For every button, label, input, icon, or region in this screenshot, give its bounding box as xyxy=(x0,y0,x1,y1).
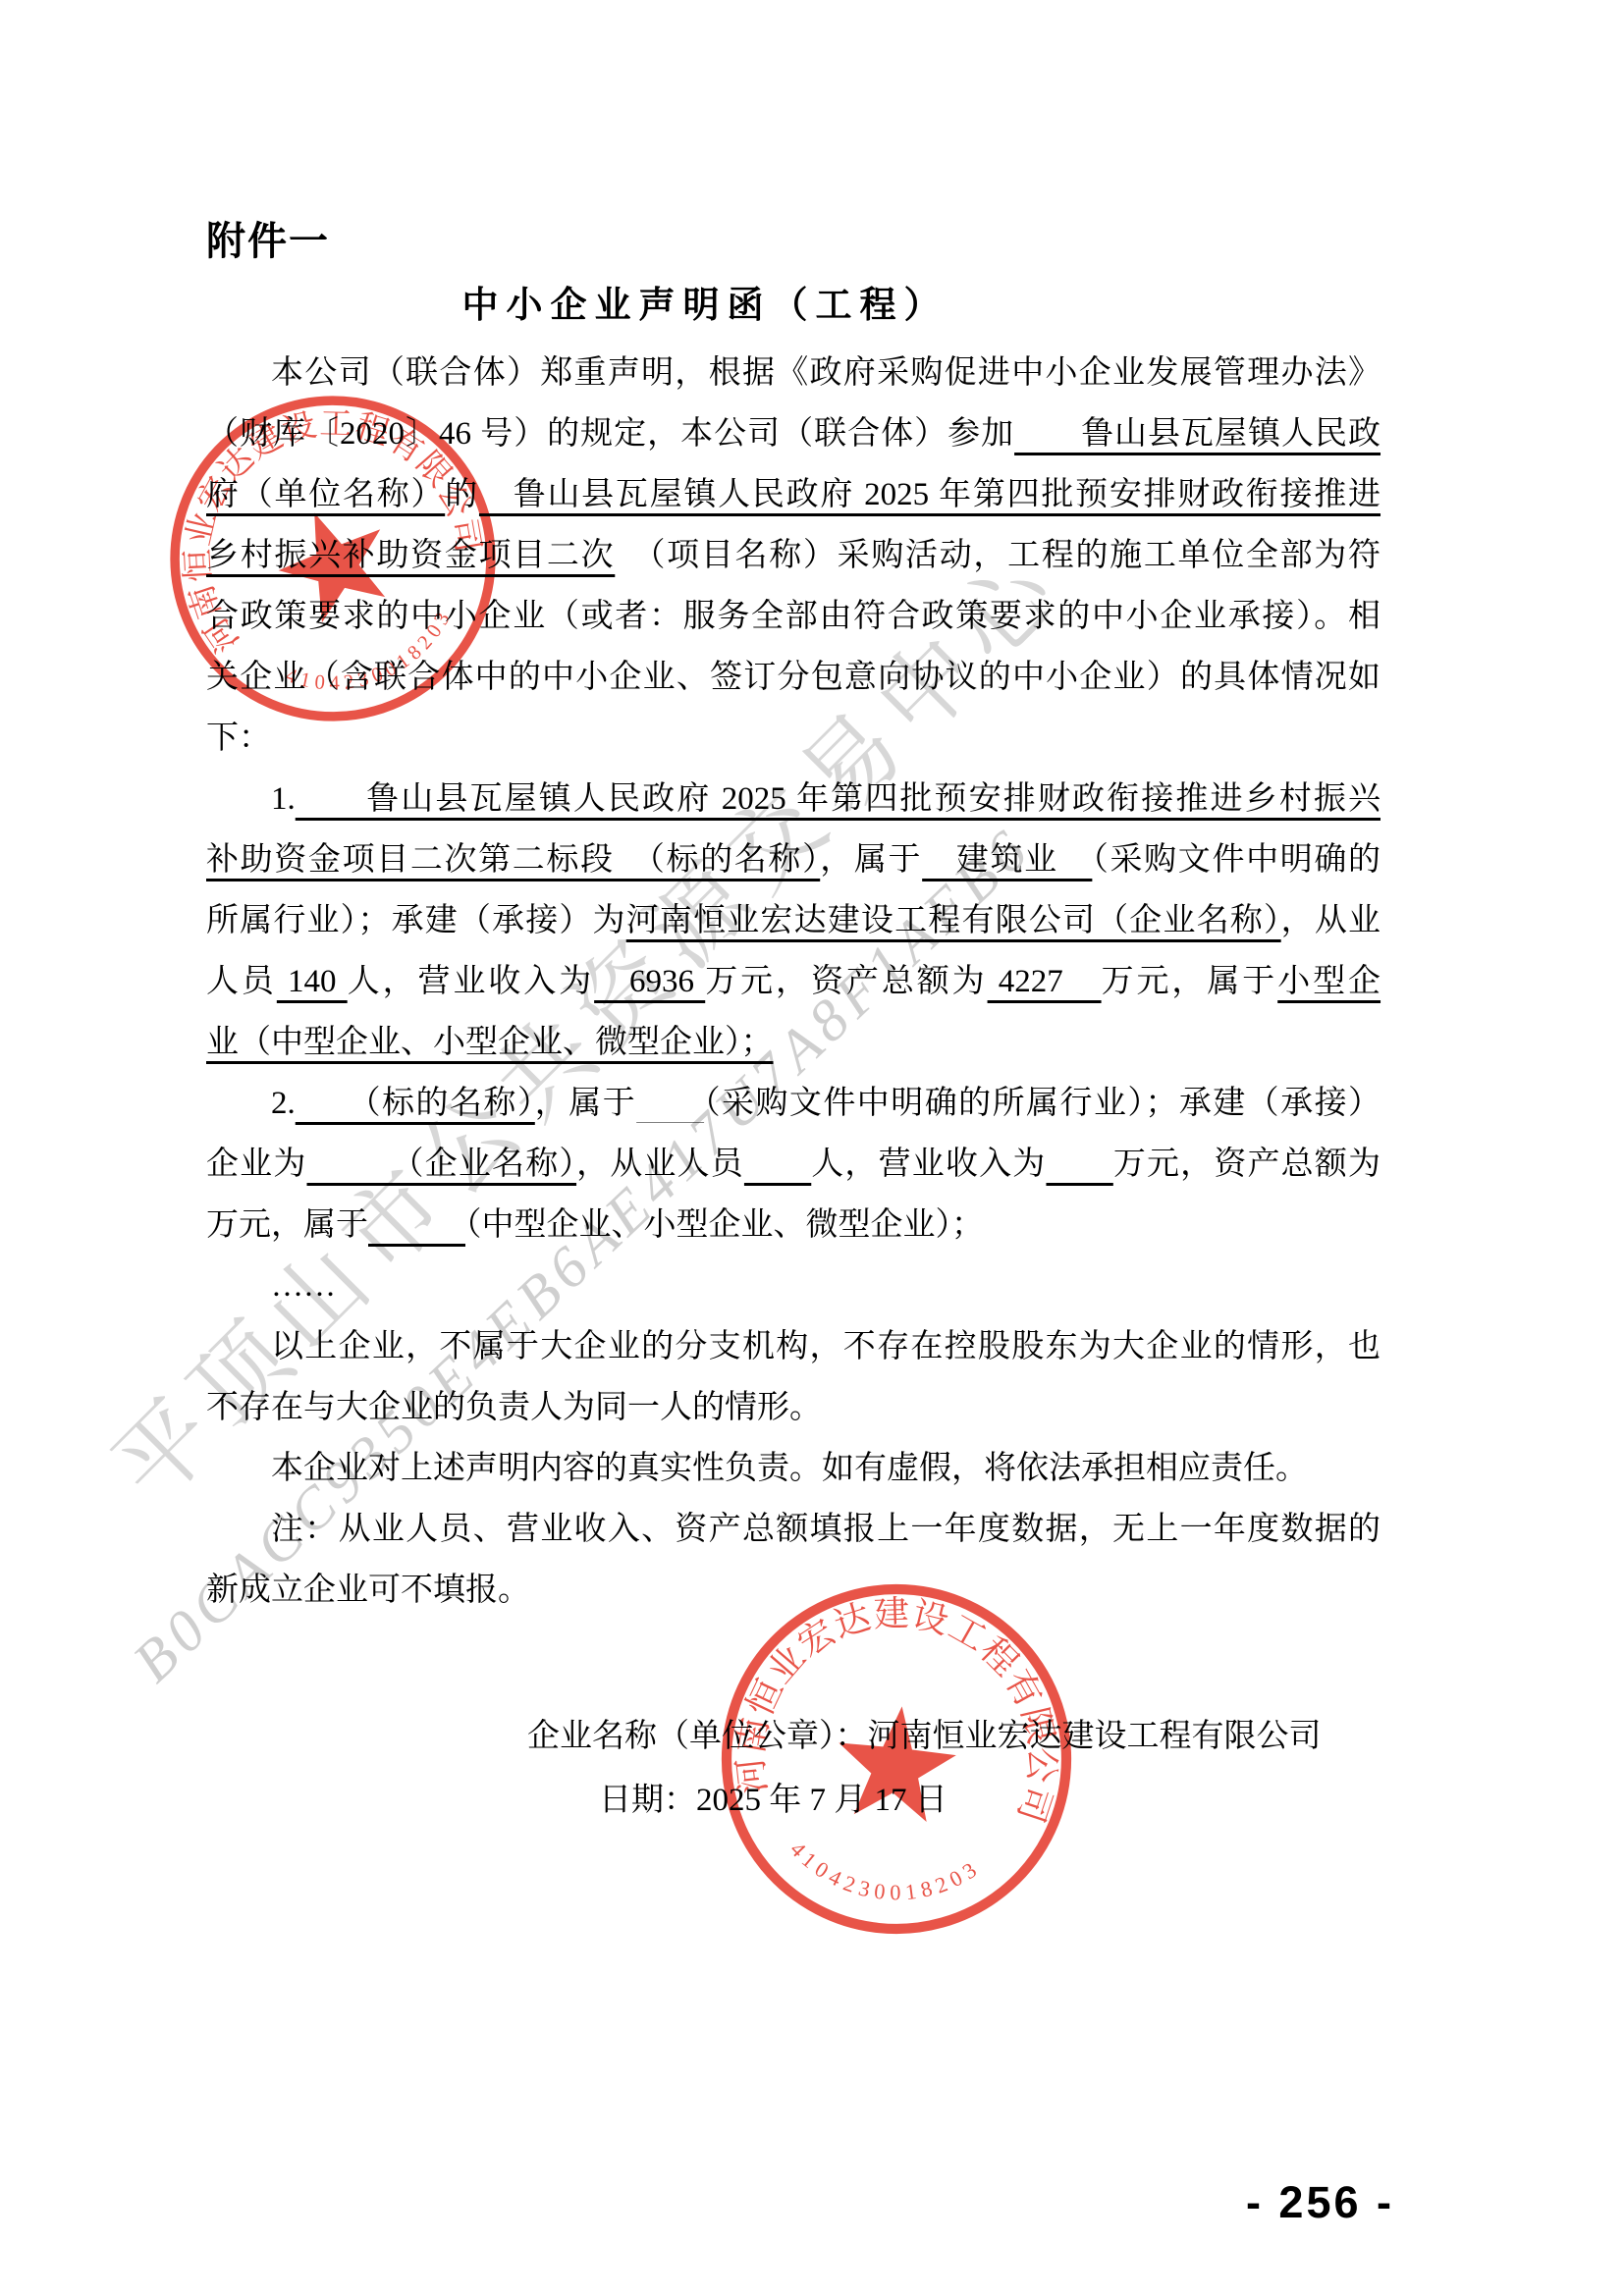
fill-in-blank: 鲁山县瓦屋镇人民政 xyxy=(1014,416,1380,452)
fill-in-blank: 鲁山县瓦屋镇人民政府 2025 年第四批预安排财政衔接推进乡村振兴 xyxy=(296,781,1380,817)
text-line: 万元，属于 （中型企业、小型企业、微型企业）； xyxy=(206,1195,1380,1255)
fill-in-blank: （标的名称） xyxy=(296,1086,535,1121)
text-segment: 注：从业人员、营业收入、资产总额填报上一年度数据，无上一年度数据的 xyxy=(271,1512,1380,1547)
text-segment: 万元，属于 xyxy=(206,1207,368,1243)
text-segment: 企业为 xyxy=(206,1147,307,1182)
text-segment: 本企业对上述声明内容的真实性负责。如有虚假，将依法承担相应责任。 xyxy=(271,1451,1308,1486)
text-line: 1. 鲁山县瓦屋镇人民政府 2025 年第四批预安排财政衔接推进乡村振兴 xyxy=(206,769,1380,829)
text-segment: （采购文件中明确的所属行业）；承建（承接） xyxy=(704,1086,1380,1121)
text-line: 2. （标的名称），属于 （采购文件中明确的所属行业）；承建（承接） xyxy=(206,1073,1380,1134)
text-segment: （采购文件中明确的 xyxy=(1092,842,1380,878)
text-line: …… xyxy=(206,1255,1380,1316)
text-segment: （项目名称）采购活动，工程的施工单位全部为符 xyxy=(615,538,1380,573)
seal-star-icon xyxy=(832,1700,960,1824)
text-segment: 万元，属于 xyxy=(1102,964,1278,999)
text-segment: ，从业 xyxy=(1281,903,1380,938)
text-segment: 以上企业，不属于大企业的分支机构，不存在控股股东为大企业的情形，也 xyxy=(271,1329,1380,1364)
text-line: 企业为 （企业名称），从业人员 人，营业收入为 万元，资产总额为 xyxy=(206,1134,1380,1195)
text-line: 业（中型企业、小型企业、微型企业）； xyxy=(206,1012,1380,1073)
fill-in-blank: 4227 xyxy=(988,964,1102,999)
fill-in-blank: 建筑业 xyxy=(922,842,1092,878)
fill-in-blank: 6936 xyxy=(594,964,705,999)
text-segment: 2. xyxy=(271,1086,296,1121)
text-line: 人员 140 人，营业收入为 6936 万元，资产总额为 4227 万元，属于小… xyxy=(206,951,1380,1012)
text-segment: ，属于 xyxy=(820,842,922,878)
fill-in-blank: （企业名称） xyxy=(307,1147,577,1182)
fill-in-blank: 业（中型企业、小型企业、微型企业）； xyxy=(206,1025,774,1060)
document-title: 中小企业声明函（工程） xyxy=(120,275,1290,328)
fill-in-blank xyxy=(1046,1147,1112,1182)
text-line: 所属行业）；承建（承接）为河南恒业宏达建设工程有限公司（企业名称），从业 xyxy=(206,890,1380,951)
seal-star-icon xyxy=(263,493,404,631)
page-number: - 256 - xyxy=(1119,2177,1394,2228)
text-line: 以上企业，不属于大企业的分支机构，不存在控股股东为大企业的情形，也 xyxy=(206,1316,1380,1377)
text-line: 补助资金项目二次第二标段 （标的名称），属于 建筑业 （采购文件中明确的 xyxy=(206,829,1380,890)
text-line: 不存在与大企业的负责人为同一人的情形。 xyxy=(206,1377,1380,1438)
fill-in-blank: 河南恒业宏达建设工程有限公司（企业名称） xyxy=(626,903,1281,938)
text-segment: 1. xyxy=(271,781,296,817)
date-label: 日期： xyxy=(599,1783,696,1818)
text-segment: ，属于 xyxy=(535,1086,636,1121)
text-segment: ，从业人员 xyxy=(576,1147,744,1182)
text-segment: 人员 xyxy=(206,964,277,999)
text-segment: 新成立企业可不填报。 xyxy=(206,1573,530,1608)
company-seal-stamp-bottom: 河南恒业宏达建设工程有限公司 4104230018203 xyxy=(696,1559,1098,1960)
text-line: 本企业对上述声明内容的真实性负责。如有虚假，将依法承担相应责任。 xyxy=(206,1438,1380,1499)
text-segment: 万元，资产总额为 xyxy=(1113,1147,1380,1182)
text-segment: 人，营业收入为 xyxy=(348,964,594,999)
text-segment: 不存在与大企业的负责人为同一人的情形。 xyxy=(206,1390,822,1425)
document-page: 平顶山市公共资源交易中心 B0CACC9350E4EB6AE417U7A8F1A… xyxy=(0,0,1624,2296)
text-segment: （中型企业、小型企业、微型企业）； xyxy=(465,1207,984,1243)
text-segment: 万元，资产总额为 xyxy=(705,964,987,999)
fill-in-blank: 补助资金项目二次第二标段 （标的名称） xyxy=(206,842,820,878)
attachment-label: 附件一 xyxy=(206,210,330,266)
fill-in-blank xyxy=(636,1086,704,1121)
fill-in-blank: 140 xyxy=(277,964,348,999)
fill-in-blank: 鲁山县瓦屋镇人民政府 2025 年第四批预安排财政衔接推进 xyxy=(479,477,1380,512)
text-line: 注：从业人员、营业收入、资产总额填报上一年度数据，无上一年度数据的 xyxy=(206,1499,1380,1560)
text-segment: 人，营业收入为 xyxy=(811,1147,1046,1182)
fill-in-blank: 小型企 xyxy=(1277,964,1380,999)
text-segment: 所属行业）；承建（承接）为 xyxy=(206,903,626,938)
fill-in-blank xyxy=(744,1147,811,1182)
fill-in-blank xyxy=(368,1207,465,1243)
text-segment: …… xyxy=(271,1268,336,1304)
